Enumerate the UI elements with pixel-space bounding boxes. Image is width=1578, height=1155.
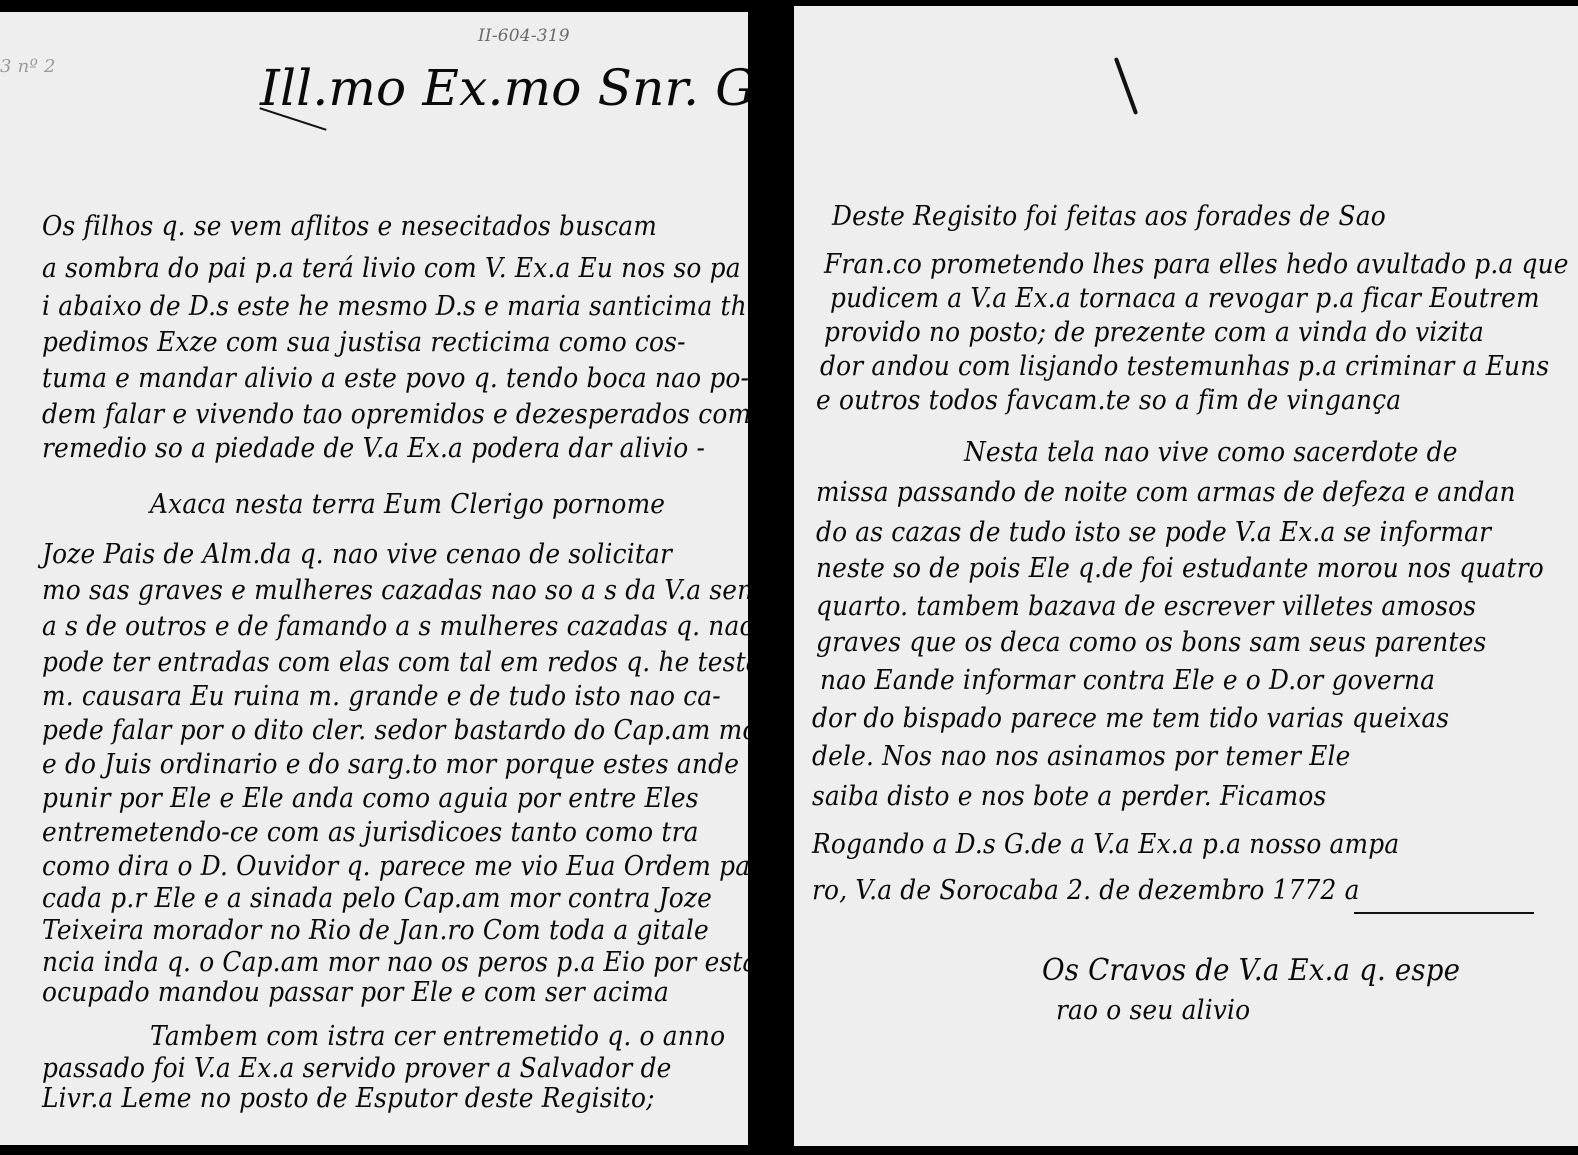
text-line: Teixeira morador no Rio de Jan.ro Com to… (42, 916, 709, 946)
text-line: i abaixo de D.s este he mesmo D.s e mari… (42, 292, 748, 322)
text-line: como dira o D. Ouvidor q. parece me vio … (42, 852, 748, 882)
text-line: m. causara Eu ruina m. grande e de tudo … (42, 682, 721, 712)
text-line: pede falar por o dito cler. sedor bastar… (42, 716, 748, 746)
text-line: neste so de pois Ele q.de foi estudante … (816, 554, 1544, 584)
manuscript-page-left: 3 nº 2 II-604-319 Ill.mo Ex.mo Snr. G.or… (0, 12, 748, 1145)
text-line: Fran.co prometendo lhes para elles hedo … (824, 250, 1569, 280)
text-line: entremetendo-ce com as jurisdicoes tanto… (42, 818, 699, 848)
text-line: remedio so a piedade de V.a Ex.a podera … (42, 434, 705, 464)
text-line: quarto. tambem bazava de escrever villet… (816, 592, 1476, 622)
text-line: Joze Pais de Alm.da q. nao vive cenao de… (42, 540, 672, 570)
text-line: Nesta tela nao vive como sacerdote de (964, 438, 1458, 468)
text-line: a sombra do pai p.a terá livio com V. Ex… (42, 254, 741, 284)
text-line: dele. Nos nao nos asinamos por temer Ele (812, 742, 1351, 772)
text-line: Os filhos q. se vem aflitos e nesecitado… (42, 212, 657, 242)
text-line: Rogando a D.s G.de a V.a Ex.a p.a nosso … (812, 830, 1399, 860)
text-line: graves que os deca como os bons sam seus… (816, 628, 1486, 658)
text-line: dor andou com lisjando testemunhas p.a c… (820, 352, 1549, 382)
date-underline (1354, 912, 1534, 914)
text-line: missa passando de noite com armas de def… (816, 478, 1516, 508)
text-line: e outros todos favcam.te so a fim de vin… (816, 386, 1401, 416)
text-line: nao Eande informar contra Ele e o D.or g… (820, 666, 1435, 696)
text-line: mo sas graves e mulheres cazadas nao so … (42, 576, 748, 606)
text-line: dem falar e vivendo tao opremidos e deze… (42, 400, 748, 430)
text-line: cada p.r Ele e a sinada pelo Cap.am mor … (42, 884, 712, 914)
text-line: ro, V.a de Sorocaba 2. de dezembro 1772 … (812, 876, 1360, 906)
archive-mark: 3 nº 2 (0, 56, 56, 77)
reference-mark: II-604-319 (478, 26, 570, 46)
text-line: Livr.a Leme no posto de Esputor deste Re… (42, 1084, 655, 1114)
text-line: pedimos Exze com sua justisa recticima c… (42, 328, 686, 358)
text-line: pudicem a V.a Ex.a tornaca a revogar p.a… (830, 284, 1540, 314)
text-line: do as cazas de tudo isto se pode V.a Ex.… (816, 518, 1491, 548)
closing-line: Os Cravos de V.a Ex.a q. espe (1042, 956, 1460, 986)
text-line: Axaca nesta terra Eum Clerigo pornome (150, 490, 665, 520)
text-line: e do Juis ordinario e do sarg.to mor por… (42, 750, 739, 780)
ink-mark (1114, 57, 1138, 115)
text-line: punir por Ele e Ele anda como aguia por … (42, 784, 699, 814)
text-line: pode ter entradas com elas com tal em re… (42, 648, 748, 678)
text-line: tuma e mandar alivio a este povo q. tend… (42, 364, 748, 394)
text-line: a s de outros e de famando a s mulheres … (42, 612, 748, 642)
text-line: ncia inda q. o Cap.am mor nao os peros p… (42, 948, 748, 978)
text-line: provido no posto; de prezente com a vind… (824, 318, 1484, 348)
text-line: passado foi V.a Ex.a servido prover a Sa… (42, 1054, 672, 1084)
text-line: saiba disto e nos bote a perder. Ficamos (812, 782, 1326, 812)
text-line: Deste Regisito foi feitas aos forades de… (832, 202, 1386, 232)
text-line: Tambem com istra cer entremetido q. o an… (150, 1022, 725, 1052)
manuscript-page-right: Deste Regisito foi feitas aos forades de… (794, 6, 1578, 1146)
text-line: dor do bispado parece me tem tido varias… (812, 704, 1449, 734)
closing-line: rao o seu alivio (1056, 996, 1250, 1026)
text-line: ocupado mandou passar por Ele e com ser … (42, 978, 669, 1008)
salutation: Ill.mo Ex.mo Snr. G.or (260, 58, 748, 118)
